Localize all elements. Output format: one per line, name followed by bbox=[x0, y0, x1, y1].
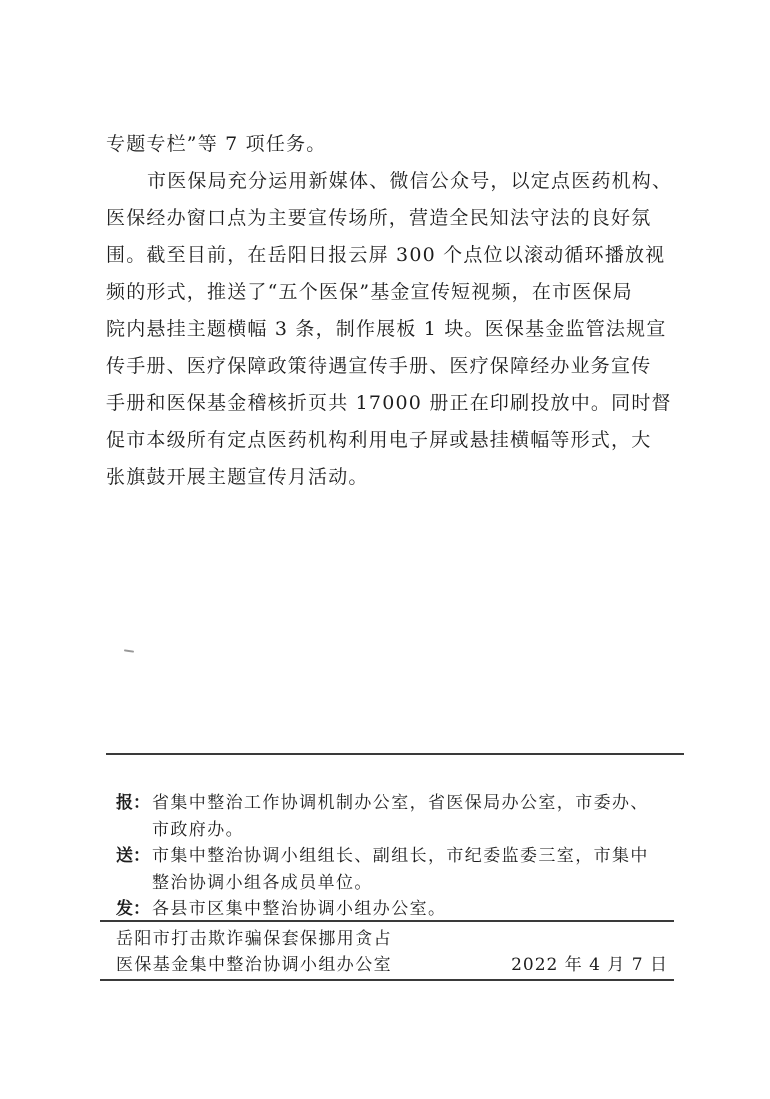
body-line: 院内悬挂主题横幅 3 条，制作展板 1 块。医保基金监管法规宣 bbox=[106, 311, 686, 348]
report-label: 报： bbox=[116, 790, 152, 843]
issuer-line-2-row: 医保基金集中整治协调小组办公室 2022 年 4 月 7 日 bbox=[116, 952, 676, 978]
body-line: 专题专栏”等 7 项任务。 bbox=[106, 126, 686, 163]
document-page: 专题专栏”等 7 项任务。 市医保局充分运用新媒体、微信公众号，以定点医药机构、… bbox=[0, 0, 770, 1099]
issue-recipients: 各县市区集中整治协调小组办公室。 bbox=[152, 896, 686, 923]
issue-line: 各县市区集中整治协调小组办公室。 bbox=[152, 896, 686, 923]
send-line: 市集中整治协调小组组长、副组长，市纪委监委三室，市集中 bbox=[152, 843, 686, 870]
send-line: 整治协调小组各成员单位。 bbox=[152, 870, 686, 897]
issuer-footer: 岳阳市打击欺诈骗保套保挪用贪占 医保基金集中整治协调小组办公室 2022 年 4… bbox=[116, 926, 676, 978]
body-line: 频的形式，推送了“五个医保”基金宣传短视频，在市医保局 bbox=[106, 274, 686, 311]
issuer-line-1: 岳阳市打击欺诈骗保套保挪用贪占 bbox=[116, 926, 676, 952]
footer-bottom-rule bbox=[100, 979, 674, 981]
body-text: 专题专栏”等 7 项任务。 市医保局充分运用新媒体、微信公众号，以定点医药机构、… bbox=[106, 126, 686, 496]
issuer-line-2: 医保基金集中整治协调小组办公室 bbox=[116, 955, 392, 975]
send-recipients: 市集中整治协调小组组长、副组长，市纪委监委三室，市集中 整治协调小组各成员单位。 bbox=[152, 843, 686, 896]
footer-top-rule bbox=[100, 920, 674, 922]
body-line: 传手册、医疗保障政策待遇宣传手册、医疗保障经办业务宣传 bbox=[106, 348, 686, 385]
issue-label: 发： bbox=[116, 896, 152, 923]
report-line: 省集中整治工作协调机制办公室，省医保局办公室，市委办、 bbox=[152, 790, 686, 817]
body-line: 手册和医保基金稽核折页共 17000 册正在印刷投放中。同时督 bbox=[106, 385, 686, 422]
body-line: 促市本级所有定点医药机构利用电子屏或悬挂横幅等形式，大 bbox=[106, 422, 686, 459]
send-label: 送： bbox=[116, 843, 152, 896]
issue-date: 2022 年 4 月 7 日 bbox=[511, 952, 668, 978]
distribution-send: 送： 市集中整治协调小组组长、副组长，市纪委监委三室，市集中 整治协调小组各成员… bbox=[116, 843, 686, 896]
report-line: 市政府办。 bbox=[152, 817, 686, 844]
report-recipients: 省集中整治工作协调机制办公室，省医保局办公室，市委办、 市政府办。 bbox=[152, 790, 686, 843]
body-line: 市医保局充分运用新媒体、微信公众号，以定点医药机构、 bbox=[106, 163, 686, 200]
distribution-top-rule bbox=[106, 753, 684, 755]
body-line: 围。截至目前，在岳阳日报云屏 300 个点位以滚动循环播放视 bbox=[106, 237, 686, 274]
body-line: 张旗鼓开展主题宣传月活动。 bbox=[106, 459, 686, 496]
distribution-list: 报： 省集中整治工作协调机制办公室，省医保局办公室，市委办、 市政府办。 送： … bbox=[116, 790, 686, 923]
body-line: 医保经办窗口点为主要宣传场所，营造全民知法守法的良好氛 bbox=[106, 200, 686, 237]
distribution-report: 报： 省集中整治工作协调机制办公室，省医保局办公室，市委办、 市政府办。 bbox=[116, 790, 686, 843]
distribution-issue: 发： 各县市区集中整治协调小组办公室。 bbox=[116, 896, 686, 923]
scan-speck bbox=[124, 649, 134, 652]
